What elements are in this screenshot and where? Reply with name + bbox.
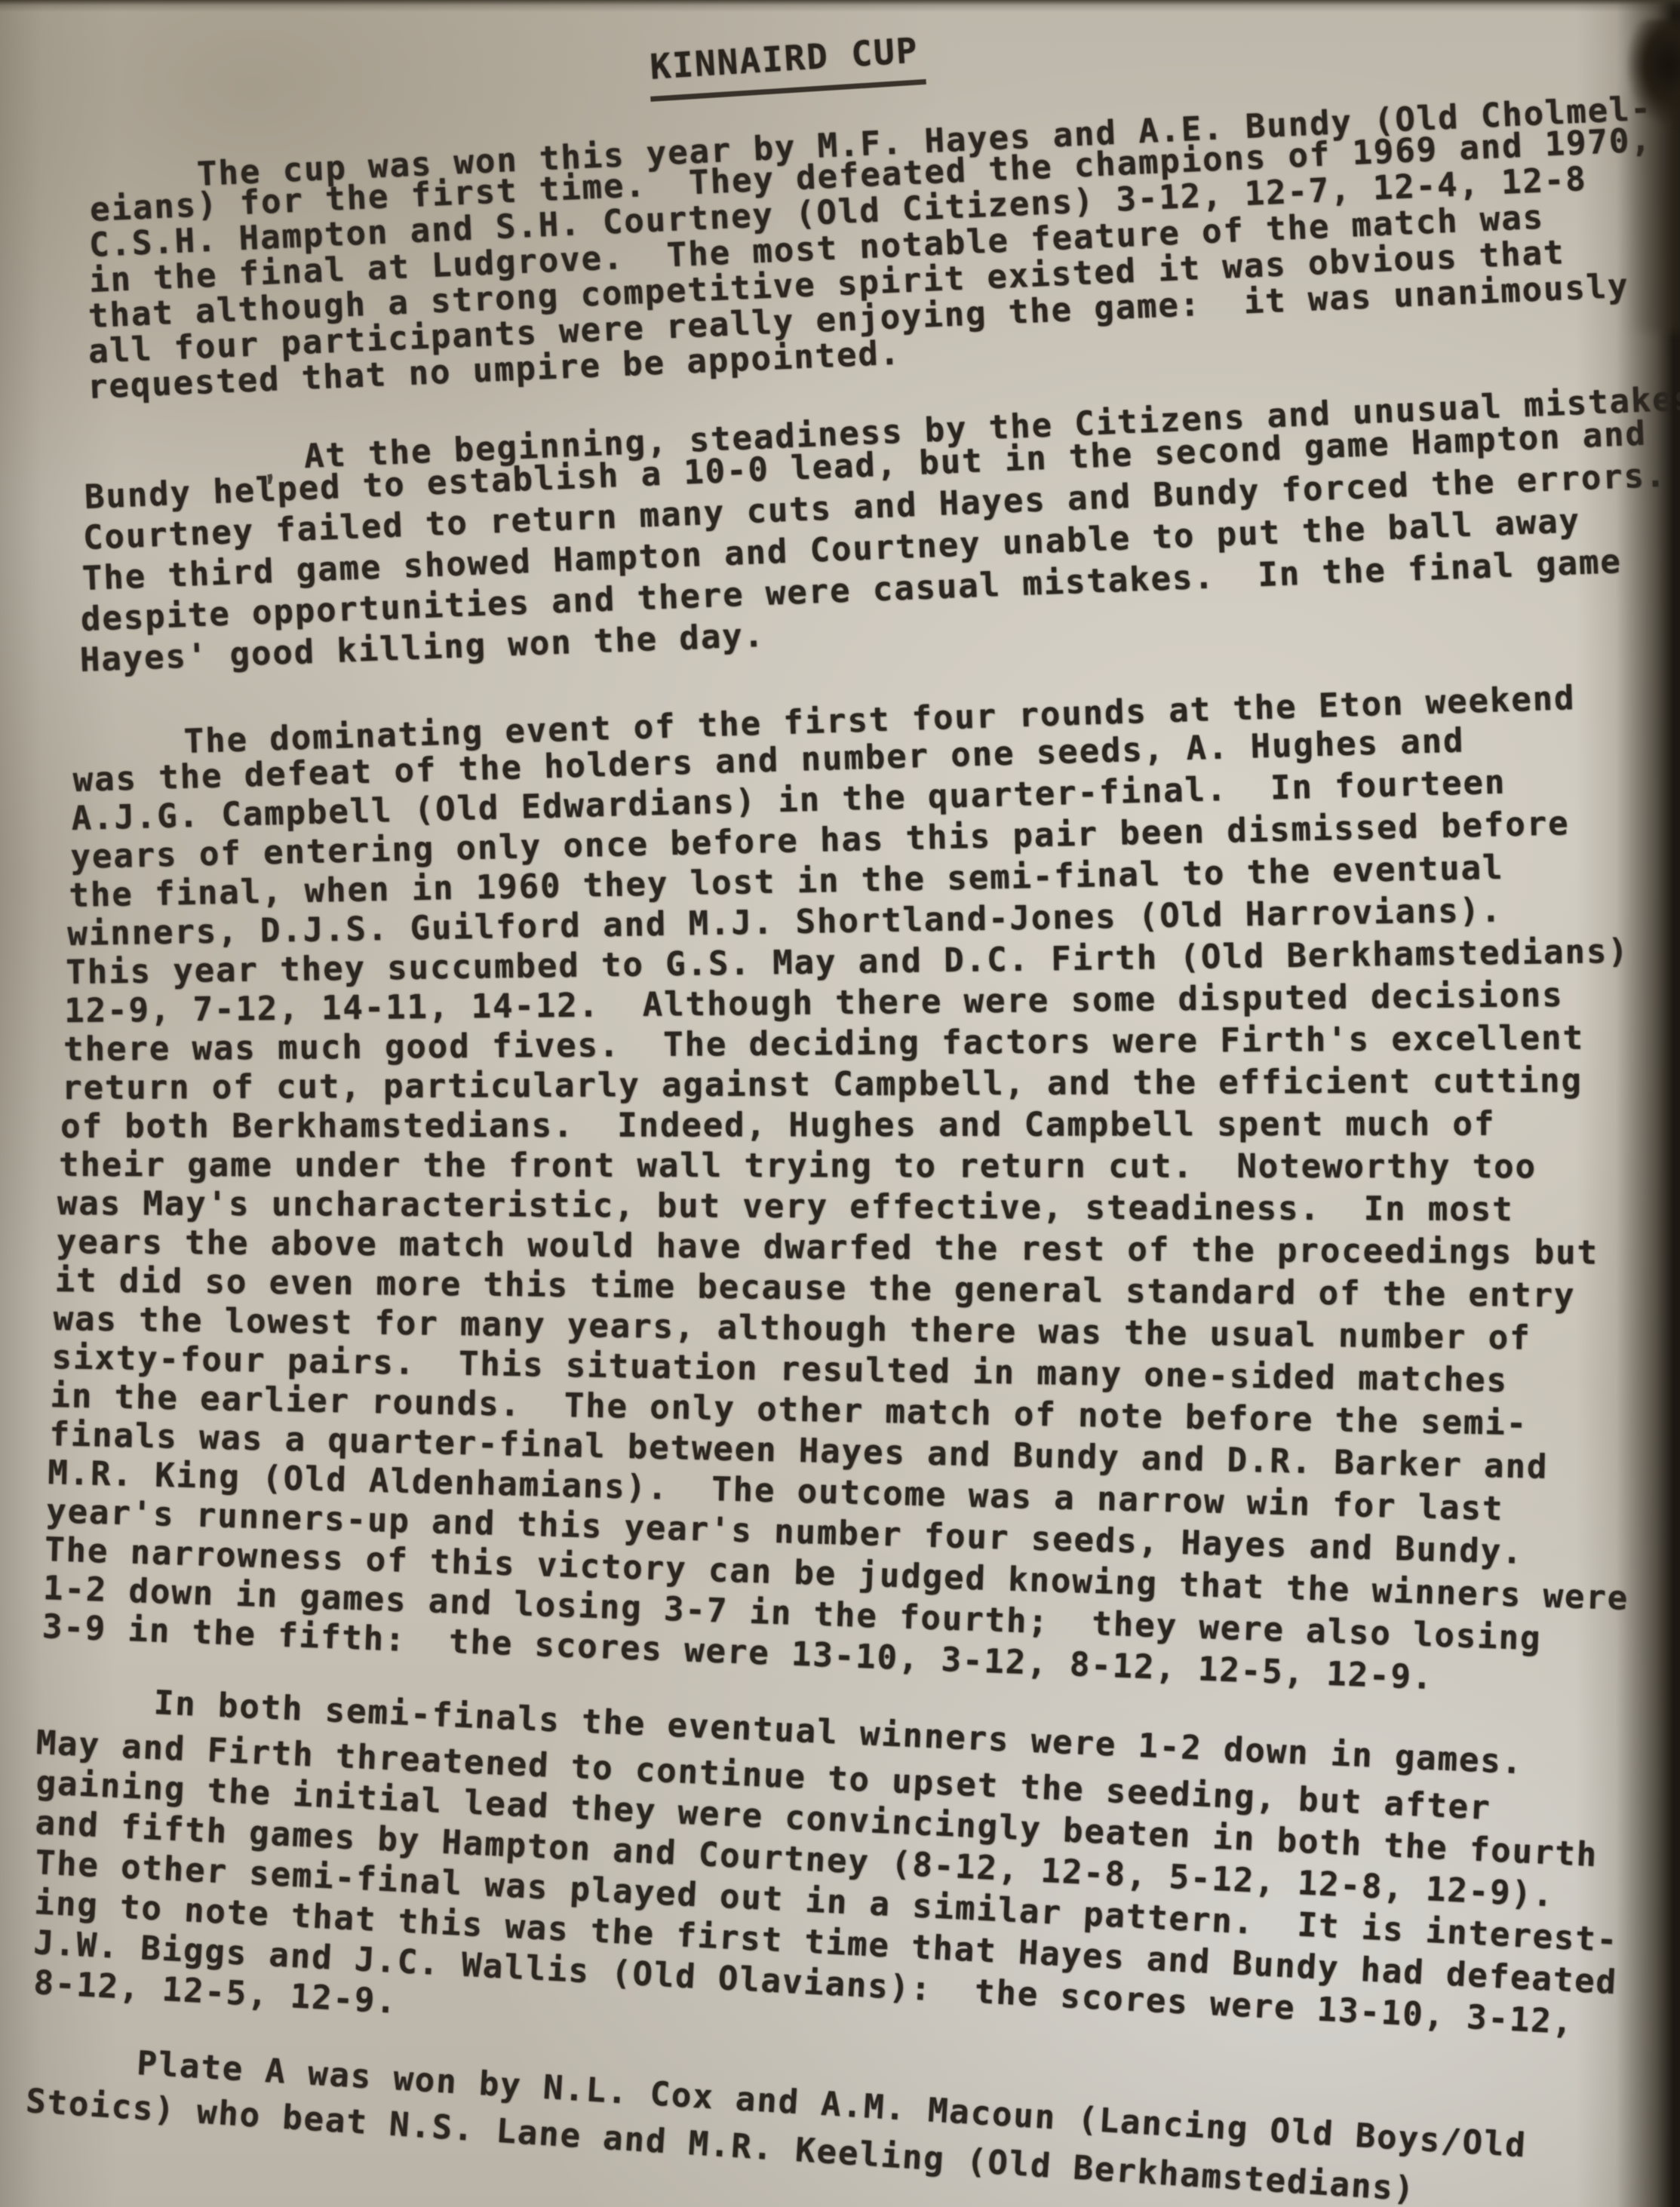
text-line: their game under the front wall trying t… xyxy=(59,1146,1537,1186)
text-line: return of cut, particularly against Camp… xyxy=(62,1062,1583,1107)
document-title: KINNAIRD CUP xyxy=(647,29,926,102)
document-photo: KINNAIRD CUP The cup was won this year b… xyxy=(0,0,1680,2207)
text-line: of both Berkhamstedians. Indeed, Hughes … xyxy=(60,1105,1495,1146)
document-page: KINNAIRD CUP The cup was won this year b… xyxy=(0,0,1680,2207)
text-line: was May's uncharacteristic, but very eff… xyxy=(57,1184,1514,1229)
